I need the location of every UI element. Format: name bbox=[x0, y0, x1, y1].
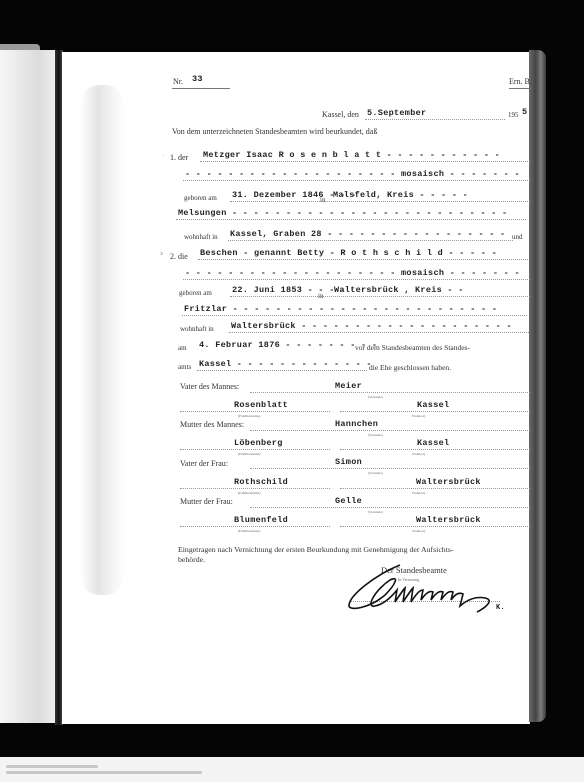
nr-label: Nr. bbox=[173, 77, 183, 86]
given-name-label: (Vorname) bbox=[368, 433, 383, 437]
person1-in-label: in bbox=[320, 196, 325, 204]
date-value: 5.September bbox=[367, 108, 426, 118]
given-name-label: (Vorname) bbox=[368, 510, 383, 514]
person1-born-place-cont: Melsungen - - - - - - - - - - - - - - - … bbox=[178, 208, 507, 218]
year-prefix: 195 bbox=[508, 111, 519, 119]
margin-mark: · bbox=[162, 153, 164, 159]
parent-residence: Kassel bbox=[417, 438, 449, 448]
footer-line-1: Hessisches Staatsarchiv Marburg bbox=[6, 765, 98, 768]
person2-born-place-cont: Fritzlar - - - - - - - - - - - - - - - -… bbox=[184, 304, 497, 314]
parent-given-name: Simon bbox=[335, 457, 362, 467]
parent-residence: Kassel bbox=[417, 400, 449, 410]
dots bbox=[250, 392, 530, 393]
dots bbox=[340, 488, 530, 489]
nr-underline bbox=[172, 88, 230, 89]
marriage-office: Kassel - - - - - - - - - - - - - bbox=[199, 359, 372, 369]
person2-line1: Beschen - genannt Betty - R o t h s c h … bbox=[200, 248, 497, 258]
dots bbox=[340, 411, 530, 412]
marriage-text: vor dem Standesbeamten des Standes- bbox=[355, 343, 470, 352]
person1-residence: Kassel, Graben 28 - - - - - - - - - - - … bbox=[230, 229, 505, 239]
dots bbox=[229, 332, 529, 333]
parent-role-label: Mutter des Mannes: bbox=[180, 420, 244, 429]
given-name-label: (Vorname) bbox=[368, 395, 383, 399]
dots bbox=[340, 526, 530, 527]
intro-text: Von dem unterzeichneten Standesbeamten w… bbox=[172, 127, 377, 136]
dots bbox=[230, 201, 530, 202]
margin-mark: ↄ bbox=[160, 251, 163, 257]
dots bbox=[200, 161, 530, 162]
surname-label: (Familienname) bbox=[238, 491, 260, 495]
closing-note: Eingetragen nach Vernichtung der ersten … bbox=[178, 545, 454, 554]
marriage-amts-label: amts bbox=[178, 363, 191, 371]
year-suffix: 5 bbox=[522, 107, 527, 117]
person1-residence-label: wohnhaft in bbox=[184, 233, 218, 241]
dots bbox=[197, 370, 367, 371]
marriage-am-label: am bbox=[178, 344, 187, 352]
closing-note-cont: behörde. bbox=[178, 555, 205, 564]
signature-initial: K. bbox=[496, 604, 505, 612]
person2-born-place: Waltersbrück , Kreis - - bbox=[334, 285, 464, 295]
surname-label: (Familienname) bbox=[238, 414, 260, 418]
parent-role-label: Vater der Frau: bbox=[180, 459, 228, 468]
dots bbox=[183, 180, 530, 181]
residence-label: Wohnort) bbox=[412, 452, 425, 456]
person1-born-label: geboren am bbox=[184, 194, 217, 202]
person2-line2: - - - - - - - - - - - - - - - - - - - - … bbox=[185, 268, 520, 278]
footer-line-2: HStAM Best. 925 Nr. 2235 bbox=[6, 771, 202, 774]
parent-residence: Waltersbrück bbox=[416, 515, 481, 525]
dots bbox=[250, 507, 530, 508]
dots bbox=[250, 468, 530, 469]
place-prefix: Kassel, den bbox=[322, 110, 359, 119]
marriage-date: 4. Februar 1876 - - - - - - - - - bbox=[199, 340, 377, 350]
parent-role-label: Mutter der Frau: bbox=[180, 497, 233, 506]
dots bbox=[180, 526, 330, 527]
parent-role-label: Vater des Mannes: bbox=[180, 382, 239, 391]
and-label: und bbox=[512, 233, 523, 241]
parent-given-name: Meier bbox=[335, 381, 362, 391]
dots bbox=[228, 240, 513, 241]
parent-surname: Löbenberg bbox=[234, 438, 283, 448]
person2-born-label: geboren am bbox=[179, 289, 212, 297]
parent-given-name: Gelle bbox=[335, 496, 362, 506]
parent-given-name: Hannchen bbox=[335, 419, 378, 429]
dots bbox=[198, 259, 528, 260]
person2-born-date: 22. Juni 1853 - - - - bbox=[232, 285, 345, 295]
dots bbox=[180, 488, 330, 489]
parent-residence: Waltersbrück bbox=[416, 477, 481, 487]
dots bbox=[176, 219, 526, 220]
archive-footer: Hessisches Staatsarchiv Marburg HStAM Be… bbox=[0, 757, 584, 782]
left-page bbox=[0, 50, 56, 723]
parent-surname: Rosenblatt bbox=[234, 400, 288, 410]
person1-line1: Metzger Isaac R o s e n b l a t t - - - … bbox=[203, 150, 500, 160]
person2-residence: Waltersbrück - - - - - - - - - - - - - -… bbox=[231, 321, 512, 331]
signature-handwriting bbox=[345, 560, 520, 615]
residence-label: Wohnort) bbox=[412, 414, 425, 418]
page-shadow bbox=[80, 85, 125, 595]
given-name-label: (Vorname) bbox=[368, 471, 383, 475]
dots bbox=[230, 296, 530, 297]
parent-surname: Blumenfeld bbox=[234, 515, 288, 525]
register-underline bbox=[509, 88, 531, 89]
person2-label: 2. die bbox=[170, 252, 188, 261]
person1-label: 1. der bbox=[170, 153, 188, 162]
dots bbox=[182, 315, 527, 316]
dots bbox=[180, 411, 330, 412]
person2-residence-label: wohnhaft in bbox=[180, 325, 214, 333]
dots bbox=[340, 449, 530, 450]
surname-label: (Familienname) bbox=[238, 452, 260, 456]
nr-value: 33 bbox=[192, 74, 203, 84]
dots bbox=[250, 430, 530, 431]
residence-label: Wohnort) bbox=[412, 491, 425, 495]
register-code: Ern. B. bbox=[509, 77, 532, 86]
parent-surname: Rothschild bbox=[234, 477, 288, 487]
surname-label: (Familienname) bbox=[238, 529, 260, 533]
dots bbox=[183, 279, 530, 280]
book-cover-edge bbox=[529, 50, 546, 722]
marriage-text-end: die Ehe geschlossen haben. bbox=[369, 363, 451, 372]
dots bbox=[180, 449, 330, 450]
date-dots bbox=[365, 119, 505, 120]
residence-label: Wohnort) bbox=[412, 529, 425, 533]
person1-born-place: Malsfeld, Kreis - - - - - bbox=[333, 190, 468, 200]
person1-line2: - - - - - - - - - - - - - - - - - - - - … bbox=[185, 169, 520, 179]
